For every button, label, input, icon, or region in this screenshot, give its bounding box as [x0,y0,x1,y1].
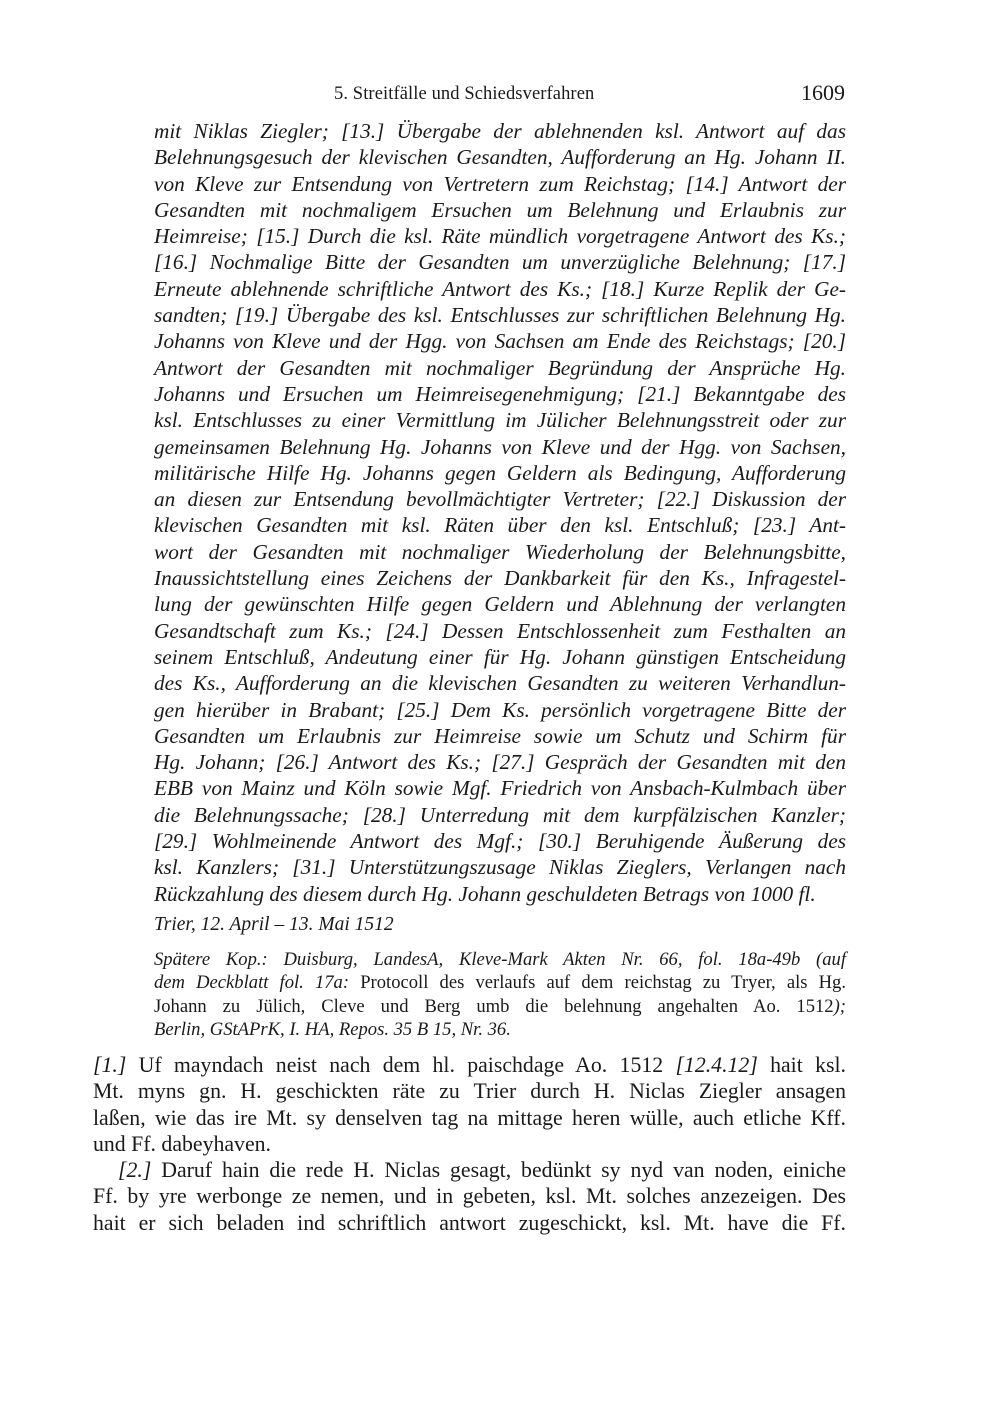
regest-line: an diesen zur Entsendung bevollmächtigte… [154,486,846,512]
regest-line: Rückzahlung des diesem durch Hg. Johann … [154,881,846,907]
source-line: Johann zu Jülich, Cleve und Berg umb die… [154,995,846,1018]
regest-line: ksl. Entschlusses zu einer Vermittlung i… [154,407,846,433]
text-run: Daruf hain die rede H. Niclas gesagt, be… [151,1158,846,1182]
paragraph-1-line: [1.] Uf mayndach neist nach dem hl. pais… [93,1052,846,1078]
source-quote: Protocoll des verlaufs auf dem reichstag… [360,972,846,993]
source-italic: ); [834,996,846,1017]
source-italic: dem Deckblatt fol. 17a: [154,972,360,993]
text-run: Uf mayndach neist nach dem hl. paischdag… [126,1053,675,1077]
source-quote: Johann zu Jülich, Cleve und Berg umb die… [154,996,834,1017]
regest-line: sandten; [19.] Übergabe des ksl. Entschl… [154,302,846,328]
regest-line: mit Niklas Ziegler; [13.] Übergabe der a… [154,118,846,144]
editorial-date: [12.4.12] [675,1053,757,1077]
regest-line: Heimreise; [15.] Durch die ksl. Räte mün… [154,223,846,249]
edition-text: [1.] Uf mayndach neist nach dem hl. pais… [93,1052,846,1236]
regest-line: wort der Gesandten mit nochmaliger Wiede… [154,539,846,565]
paragraph-2-line: [2.] Daruf hain die rede H. Niclas gesag… [93,1157,846,1183]
source-note: Spätere Kop.: Duisburg, LandesA, Kleve-M… [154,948,846,1041]
regest-line: des Ks., Aufforderung an die klevischen … [154,670,846,696]
paragraph-1-line: Mt. myns gn. H. geschickten räte zu Trie… [93,1078,846,1104]
regest-line: [16.] Nochmalige Bitte der Gesandten um … [154,249,846,275]
regest-line: Hg. Johann; [26.] Antwort des Ks.; [27.]… [154,749,846,775]
text-run: hait ksl. [758,1053,846,1077]
regest-line: Belehnungsgesuch der klevischen Gesandte… [154,144,846,170]
regest-line: lung der gewünschten Hilfe gegen Geldern… [154,591,846,617]
paragraph-1-line: laßen, wie das ire Mt. sy denselven tag … [93,1105,846,1131]
regest-line: seinem Entschluß, Andeutung einer für Hg… [154,644,846,670]
regest-line: militärische Hilfe Hg. Johanns gegen Gel… [154,460,846,486]
regest-line: Antwort der Gesandten mit nochmaliger Be… [154,355,846,381]
regest-line: Johanns von Kleve und der Hgg. von Sachs… [154,328,846,354]
regest-line: gen hierüber in Brabant; [25.] Dem Ks. p… [154,697,846,723]
regest-line: gemeinsamen Belehnung Hg. Johanns von Kl… [154,434,846,460]
regest-line: Gesandtschaft zum Ks.; [24.] Dessen Ents… [154,618,846,644]
regest-line: von Kleve zur Entsendung von Vertretern … [154,171,846,197]
source-line: Berlin, GStAPrK, I. HA, Repos. 35 B 15, … [154,1018,846,1041]
regest-line: Inaussichtstellung eines Zeichens der Da… [154,565,846,591]
paragraph-number: [2.] [118,1158,151,1182]
regest-line: Erneute ablehnende schriftliche Antwort … [154,276,846,302]
date-line: Trier, 12. April – 13. Mai 1512 [154,914,394,936]
regest-line: Gesandten mit nochmaligem Ersuchen um Be… [154,197,846,223]
regest-line: die Belehnungssache; [28.] Unterredung m… [154,802,846,828]
regest-line: Johanns und Ersuchen um Heimreisegenehmi… [154,381,846,407]
regest-line: EBB von Mainz und Köln sowie Mgf. Friedr… [154,775,846,801]
source-line: dem Deckblatt fol. 17a: Protocoll des ve… [154,971,846,994]
page-number: 1609 [801,80,845,106]
source-line: Spätere Kop.: Duisburg, LandesA, Kleve-M… [154,948,846,971]
regest-line: Gesandten um Erlaubnis zur Heimreise sow… [154,723,846,749]
regest-line: ksl. Kanzlers; [31.] Unterstützungszusag… [154,854,846,880]
page-header: 5. Streitfälle und Schiedsverfahren 1609 [0,80,1004,108]
paragraph-1-line: und Ff. dabeyhaven. [93,1131,846,1157]
regest-line: [29.] Wohlmeinende Antwort des Mgf.; [30… [154,828,846,854]
regest-summary: mit Niklas Ziegler; [13.] Übergabe der a… [154,118,846,907]
running-head: 5. Streitfälle und Schiedsverfahren [334,84,594,105]
regest-line: klevischen Gesandten mit ksl. Räten über… [154,512,846,538]
paragraph-2-line: hait er sich beladen ind schriftlich ant… [93,1210,846,1236]
paragraph-2-line: Ff. by yre werbonge ze nemen, und in geb… [93,1183,846,1209]
paragraph-number: [1.] [93,1053,126,1077]
